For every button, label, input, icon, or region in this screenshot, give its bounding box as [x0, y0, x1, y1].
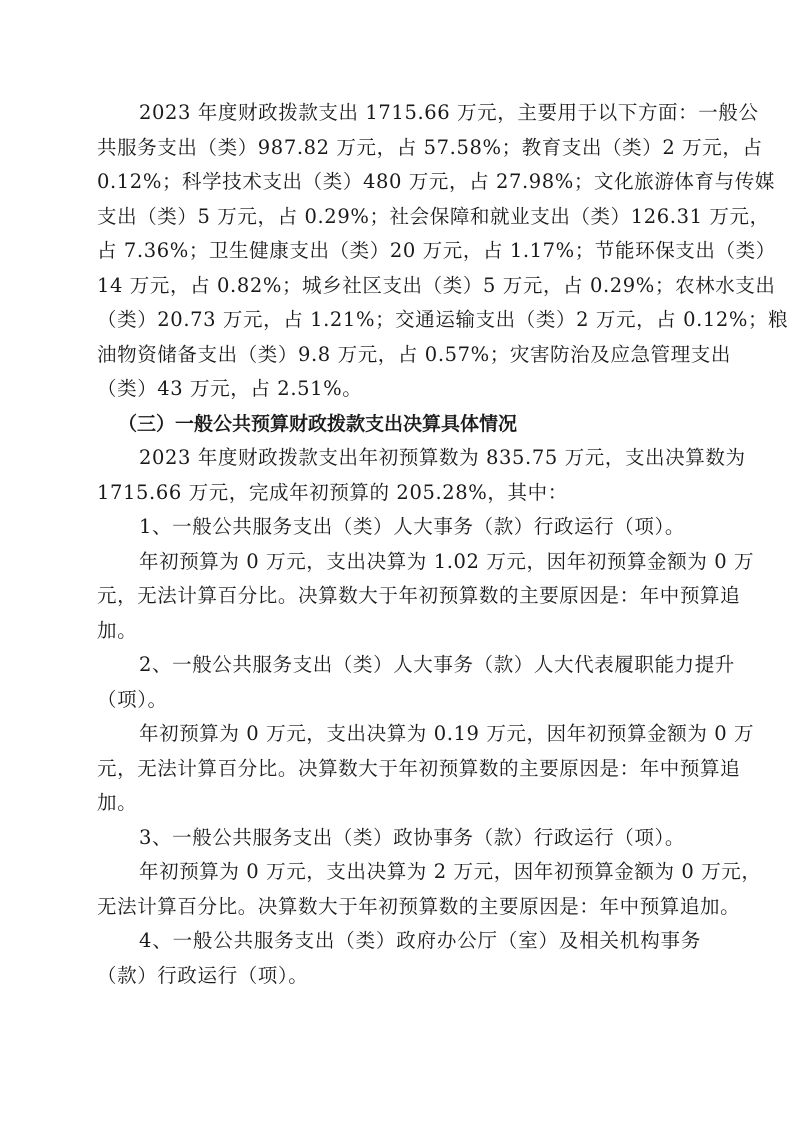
text-line: 支出（类）5 万元，占 0.29%；社会保障和就业支出（类）126.31 万元，	[97, 200, 701, 235]
text-line: 2023 年度财政拨款支出年初预算数为 835.75 万元，支出决算数为	[97, 441, 701, 476]
text-line: 加。	[97, 614, 701, 649]
summary-paragraph: 2023 年度财政拨款支出年初预算数为 835.75 万元，支出决算数为 171…	[97, 441, 701, 510]
item-title: 3、一般公共服务支出（类）政协事务（款）行政运行（项）。	[97, 821, 701, 856]
item-2: 2、一般公共服务支出（类）人大事务（款）人大代表履职能力提升 （项）。 年初预算…	[97, 648, 701, 821]
item-1: 1、一般公共服务支出（类）人大事务（款）行政运行（项）。 年初预算为 0 万元，…	[97, 510, 701, 648]
text-line: 0.12%；科学技术支出（类）480 万元，占 27.98%；文化旅游体育与传媒	[97, 165, 701, 200]
section-heading: （三）一般公共预算财政拨款支出决算具体情况	[97, 407, 701, 442]
item-title: 2、一般公共服务支出（类）人大事务（款）人大代表履职能力提升	[97, 648, 701, 683]
text-line: 共服务支出（类）987.82 万元，占 57.58%；教育支出（类）2 万元，占	[97, 131, 701, 166]
item-title: （项）。	[97, 683, 701, 718]
text-line: 元，无法计算百分比。决算数大于年初预算数的主要原因是：年中预算追	[97, 752, 701, 787]
text-line: 占 7.36%；卫生健康支出（类）20 万元，占 1.17%；节能环保支出（类）	[97, 234, 701, 269]
text-line: 年初预算为 0 万元，支出决算为 2 万元，因年初预算金额为 0 万元，	[97, 855, 701, 890]
document-page: 2023 年度财政拨款支出 1715.66 万元，主要用于以下方面：一般公 共服…	[97, 96, 701, 993]
text-line: 2023 年度财政拨款支出 1715.66 万元，主要用于以下方面：一般公	[97, 96, 701, 131]
item-title: （款）行政运行（项）。	[97, 959, 701, 994]
text-line: 年初预算为 0 万元，支出决算为 0.19 万元，因年初预算金额为 0 万	[97, 717, 701, 752]
text-line: 加。	[97, 786, 701, 821]
text-line: 14 万元，占 0.82%；城乡社区支出（类）5 万元，占 0.29%；农林水支…	[97, 269, 701, 304]
item-title: 4、一般公共服务支出（类）政府办公厅（室）及相关机构事务	[97, 924, 701, 959]
text-line: （类）43 万元，占 2.51%。	[97, 372, 701, 407]
text-line: 无法计算百分比。决算数大于年初预算数的主要原因是：年中预算追加。	[97, 890, 701, 925]
text-line: 油物资储备支出（类）9.8 万元，占 0.57%；灾害防治及应急管理支出	[97, 338, 701, 373]
overview-paragraph: 2023 年度财政拨款支出 1715.66 万元，主要用于以下方面：一般公 共服…	[97, 96, 701, 407]
text-line: 1715.66 万元，完成年初预算的 205.28%，其中：	[97, 476, 701, 511]
item-title: 1、一般公共服务支出（类）人大事务（款）行政运行（项）。	[97, 510, 701, 545]
text-line: 年初预算为 0 万元，支出决算为 1.02 万元，因年初预算金额为 0 万	[97, 545, 701, 580]
text-line: 元，无法计算百分比。决算数大于年初预算数的主要原因是：年中预算追	[97, 579, 701, 614]
text-line: （类）20.73 万元，占 1.21%；交通运输支出（类）2 万元，占 0.12…	[97, 303, 701, 338]
item-4: 4、一般公共服务支出（类）政府办公厅（室）及相关机构事务 （款）行政运行（项）。	[97, 924, 701, 993]
item-3: 3、一般公共服务支出（类）政协事务（款）行政运行（项）。 年初预算为 0 万元，…	[97, 821, 701, 925]
